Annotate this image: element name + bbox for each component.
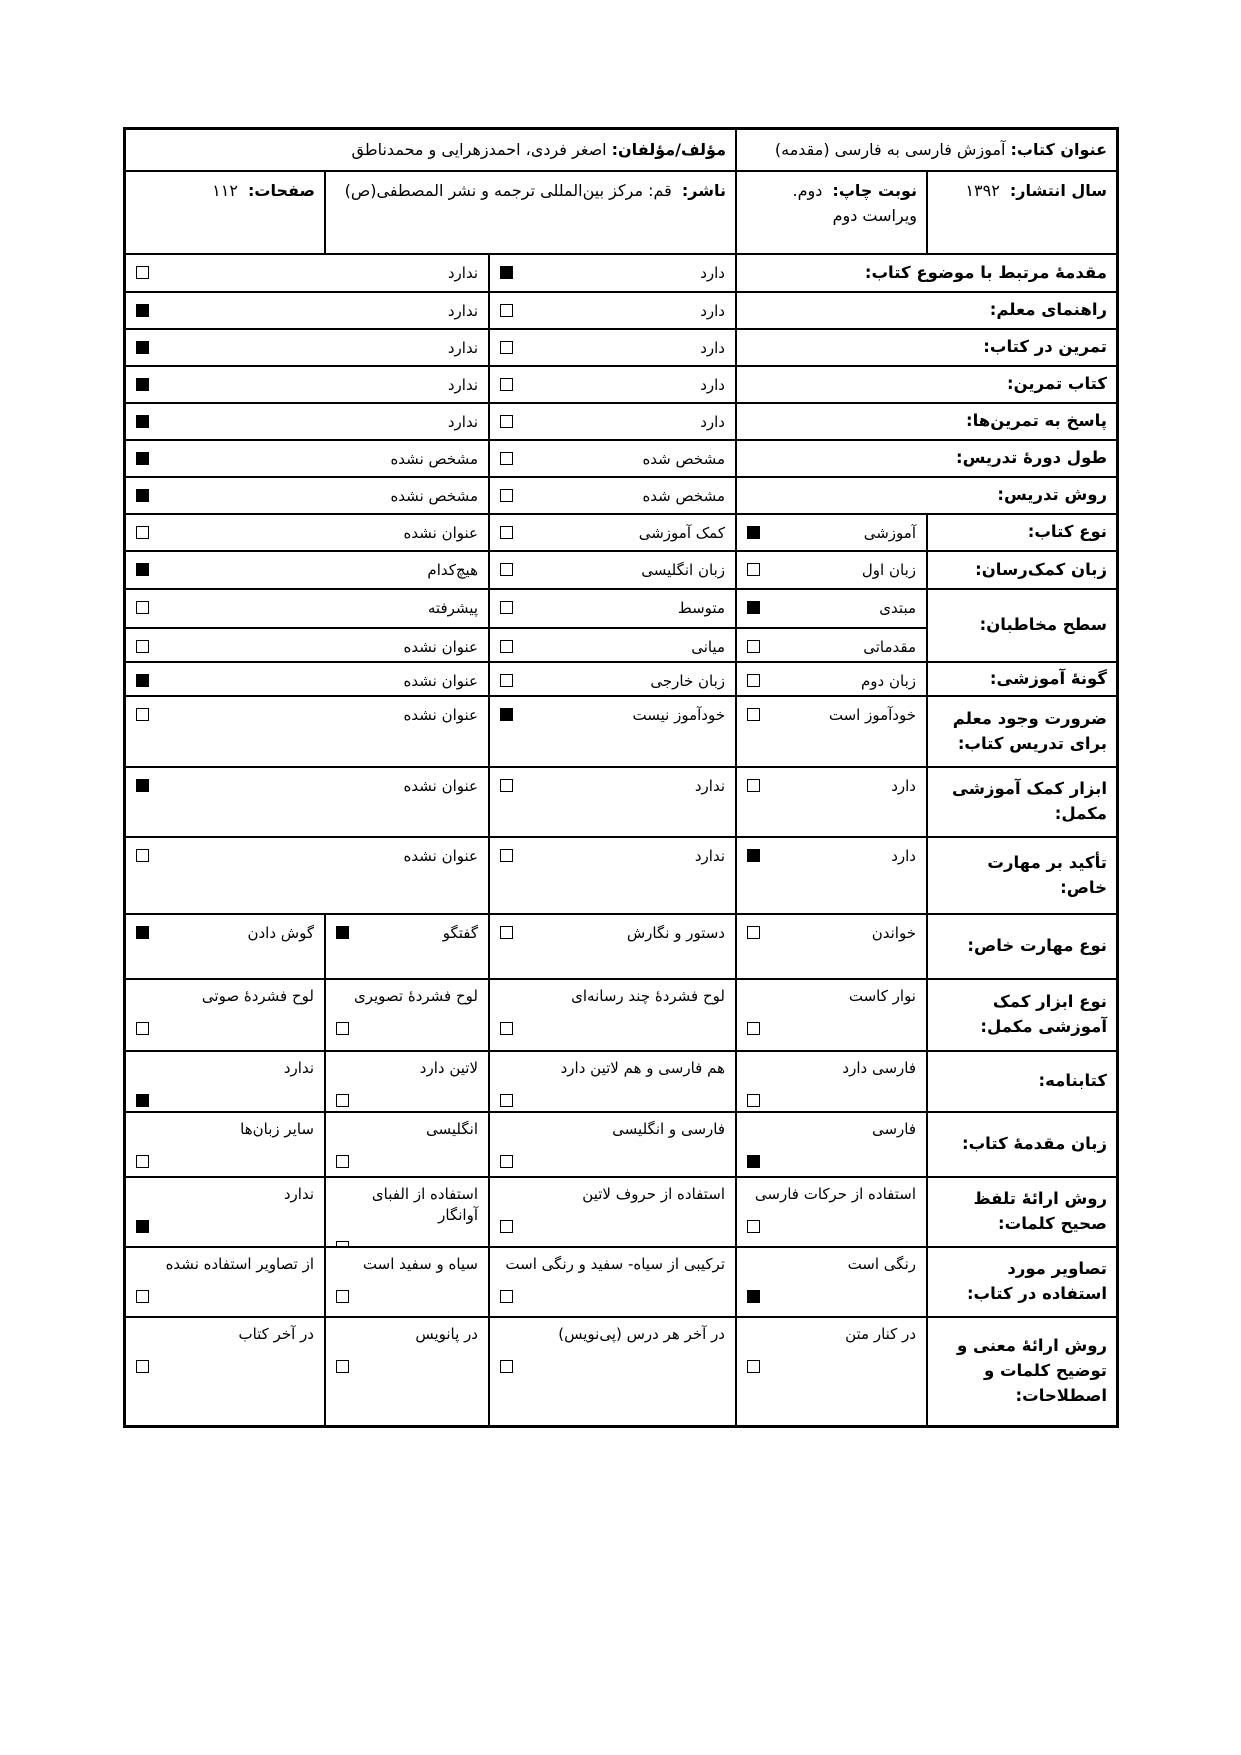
row-intro-related: مقدمهٔ مرتبط با موضوع کتاب: دارد ندارد [126, 253, 1116, 291]
option-label: دارد [700, 375, 725, 396]
checkbox-icon [136, 926, 149, 939]
option-cell: لوح فشردهٔ صوتی [126, 980, 324, 1050]
row-label: روش ارائهٔ معنی و توضیح کلمات و اصطلاحات… [926, 1318, 1116, 1425]
checkbox-icon [747, 849, 760, 862]
checkbox-icon [747, 674, 760, 687]
checkbox-icon [500, 1094, 513, 1107]
row-meaning-presentation: روش ارائهٔ معنی و توضیح کلمات و اصطلاحات… [126, 1316, 1116, 1425]
audience-level-options: مبتدی متوسط پیشرفته مقدماتی [126, 590, 926, 661]
row-label: ابزار کمک آموزشی مکمل: [926, 768, 1116, 836]
option-label: فارسی [747, 1119, 916, 1140]
book-title-label: عنوان کتاب: [1010, 138, 1107, 163]
option-label: عنوان نشده [404, 705, 478, 726]
option-cell: آموزشی [735, 515, 926, 550]
option-label: ندارد [448, 375, 478, 396]
option-label: از تصاویر استفاده نشده [136, 1254, 314, 1275]
row-bibliography: کتابنامه: فارسی دارد هم فارسی و هم لاتین… [126, 1050, 1116, 1111]
checkbox-icon [136, 563, 149, 576]
row-skill-emphasis: تأکید بر مهارت خاص: دارد ندارد عنوان نشد… [126, 836, 1116, 913]
option-label: در آخر هر درس (پی‌نویس) [500, 1324, 725, 1345]
author-label: مؤلف/مؤلفان: [612, 138, 726, 163]
checkbox-icon [500, 926, 513, 939]
option-cell: دارد [488, 330, 735, 365]
checkbox-icon [747, 926, 760, 939]
option-cell: خواندن [735, 915, 926, 978]
option-label: انگلیسی [336, 1119, 478, 1140]
option-cell: فارسی و انگلیسی [488, 1113, 735, 1176]
row-label: طول دورهٔ تدریس: [735, 441, 1116, 476]
option-label: خودآموز نیست [633, 705, 725, 726]
row-label: نوع کتاب: [926, 515, 1116, 550]
option-label: مشخص نشده [390, 449, 478, 470]
option-label: سایر زبان‌ها [136, 1119, 314, 1140]
option-label: لاتین دارد [336, 1058, 478, 1079]
row-answers: پاسخ به تمرین‌ها: دارد ندارد [126, 402, 1116, 439]
publish-year-value: ۱۳۹۲ [965, 181, 999, 200]
checkbox-icon [136, 708, 149, 721]
checkbox-icon [747, 708, 760, 721]
option-label: خواندن [872, 923, 916, 944]
checkbox-icon [500, 640, 513, 653]
row-label: راهنمای معلم: [735, 293, 1116, 328]
option-cell: انگلیسی [324, 1113, 488, 1176]
row-pronunciation-method: روش ارائهٔ تلفظ صحیح کلمات: استفاده از ح… [126, 1176, 1116, 1246]
checkbox-icon [136, 266, 149, 279]
row-helper-language: زبان کمک‌رسان: زبان اول زبان انگلیسی هیچ… [126, 550, 1116, 588]
option-cell: گفتگو [324, 915, 488, 978]
option-cell: ندارد [126, 1178, 324, 1246]
row-label: زبان کمک‌رسان: [926, 552, 1116, 588]
option-cell: سیاه و سفید است [324, 1248, 488, 1316]
checkbox-icon [747, 1360, 760, 1373]
checkbox-icon [336, 1290, 349, 1303]
checkbox-icon [136, 1220, 149, 1233]
pages-value: ۱۱۲ [212, 181, 238, 200]
option-label: دارد [700, 301, 725, 322]
option-cell: استفاده از حرکات فارسی [735, 1178, 926, 1246]
checkbox-icon [747, 1220, 760, 1233]
option-cell: ندارد [126, 330, 488, 365]
book-title-value: آموزش فارسی به فارسی (مقدمه) [775, 138, 1006, 163]
option-cell: دستور و نگارش [488, 915, 735, 978]
option-cell: عنوان نشده [126, 629, 488, 661]
option-cell: ندارد [126, 293, 488, 328]
checkbox-icon [500, 563, 513, 576]
publisher-label: ناشر: [682, 181, 726, 200]
checkbox-icon [136, 489, 149, 502]
checkbox-icon [136, 1360, 149, 1373]
row-label: تأکید بر مهارت خاص: [926, 838, 1116, 913]
row-label: مقدمهٔ مرتبط با موضوع کتاب: [735, 255, 1116, 291]
row-skill-type: نوع مهارت خاص: خواندن دستور و نگارش گفتگ… [126, 913, 1116, 978]
header-row-publication: سال انتشار: ۱۳۹۲ نوبت چاپ: دوم. ویراست د… [126, 170, 1116, 253]
option-label: زبان خارجی [650, 671, 725, 692]
row-images-used: تصاویر مورد استفاده در کتاب: رنگی است تر… [126, 1246, 1116, 1316]
row-label: روش تدریس: [735, 478, 1116, 513]
checkbox-icon [336, 1022, 349, 1035]
checkbox-icon [500, 849, 513, 862]
row-label: کتاب تمرین: [735, 367, 1116, 402]
option-cell: دارد [488, 293, 735, 328]
row-intro-language: زبان مقدمهٔ کتاب: فارسی فارسی و انگلیسی … [126, 1111, 1116, 1176]
option-label: هم فارسی و هم لاتین دارد [500, 1058, 725, 1079]
checkbox-icon [747, 640, 760, 653]
option-label: ندارد [448, 263, 478, 284]
option-cell: استفاده از حروف لاتین [488, 1178, 735, 1246]
option-label: استفاده از حرکات فارسی [747, 1184, 916, 1205]
option-label: در کنار متن [747, 1324, 916, 1345]
checkbox-icon [500, 304, 513, 317]
row-teacher-necessity: ضرورت وجود معلم برای تدریس کتاب: خودآموز… [126, 695, 1116, 766]
option-cell: در آخر هر درس (پی‌نویس) [488, 1318, 735, 1425]
option-label: رنگی است [747, 1254, 916, 1275]
option-cell: عنوان نشده [126, 697, 488, 766]
option-cell: زبان خارجی [488, 663, 735, 695]
audience-level-subrow: مبتدی متوسط پیشرفته [126, 590, 926, 627]
option-label: دارد [700, 263, 725, 284]
option-cell: مشخص شده [488, 478, 735, 513]
option-label: خودآموز است [829, 705, 916, 726]
publish-year-label: سال انتشار: [1010, 181, 1107, 200]
option-cell: پیشرفته [126, 590, 488, 627]
option-cell: عنوان نشده [126, 663, 488, 695]
option-label: دارد [700, 412, 725, 433]
option-label: دارد [700, 338, 725, 359]
option-label: ندارد [448, 338, 478, 359]
option-label: مبتدی [879, 598, 916, 619]
option-label: عنوان نشده [404, 523, 478, 544]
option-label: میانی [691, 637, 725, 658]
option-label: آموزشی [864, 523, 916, 544]
option-label: مشخص شده [642, 449, 725, 470]
option-label: گوش دادن [247, 923, 314, 944]
option-label: زبان اول [862, 560, 916, 581]
checkbox-icon [136, 452, 149, 465]
row-label: سطح مخاطبان: [926, 590, 1116, 661]
option-cell: در کنار متن [735, 1318, 926, 1425]
option-cell: ندارد [126, 404, 488, 439]
checkbox-icon [136, 1094, 149, 1107]
checkbox-icon [747, 1022, 760, 1035]
checkbox-icon [500, 341, 513, 354]
checkbox-icon [500, 452, 513, 465]
checkbox-icon [500, 601, 513, 614]
checkbox-icon [747, 563, 760, 576]
option-label: ندارد [448, 412, 478, 433]
option-cell: مبتدی [735, 590, 926, 627]
row-label: گونهٔ آموزشی: [926, 663, 1116, 695]
publisher-value: قم: مرکز بین‌المللی ترجمه و نشر المصطفی(… [345, 181, 672, 200]
option-cell: مشخص نشده [126, 478, 488, 513]
option-label: گفتگو [443, 923, 478, 944]
header-row-title: عنوان کتاب: آموزش فارسی به فارسی (مقدمه)… [126, 130, 1116, 170]
option-label: لوح فشردهٔ تصویری [336, 986, 478, 1007]
option-label: متوسط [678, 598, 725, 619]
option-cell: عنوان نشده [126, 838, 488, 913]
option-cell: دارد [735, 768, 926, 836]
option-label: ندارد [136, 1058, 314, 1079]
option-cell: دارد [488, 404, 735, 439]
checkbox-icon [136, 1155, 149, 1168]
checkbox-icon [500, 489, 513, 502]
document-page: عنوان کتاب: آموزش فارسی به فارسی (مقدمه)… [0, 0, 1241, 1755]
option-label: دارد [891, 776, 916, 797]
option-label: استفاده از الفبای آوانگار [336, 1184, 478, 1226]
option-cell: ترکیبی از سیاه- سفید و رنگی است [488, 1248, 735, 1316]
checkbox-icon [747, 526, 760, 539]
checkbox-icon [336, 1094, 349, 1107]
row-book-type: نوع کتاب: آموزشی کمک آموزشی عنوان نشده [126, 513, 1116, 550]
option-cell: لوح فشردهٔ تصویری [324, 980, 488, 1050]
checkbox-icon [747, 1094, 760, 1107]
option-label: عنوان نشده [404, 846, 478, 867]
checkbox-icon [500, 378, 513, 391]
row-label: زبان مقدمهٔ کتاب: [926, 1113, 1116, 1176]
option-cell: عنوان نشده [126, 515, 488, 550]
option-label: مشخص شده [642, 486, 725, 507]
checkbox-icon [747, 1290, 760, 1303]
row-teaching-method: روش تدریس: مشخص شده مشخص نشده [126, 476, 1116, 513]
option-cell: میانی [488, 629, 735, 661]
row-supplementary-tool-type: نوع ابزار کمک آموزشی مکمل: نوار کاست لوح… [126, 978, 1116, 1050]
checkbox-icon [136, 779, 149, 792]
row-label: تمرین در کتاب: [735, 330, 1116, 365]
option-cell: ندارد [126, 255, 488, 291]
audience-level-subrow: مقدماتی میانی عنوان نشده [126, 627, 926, 661]
checkbox-icon [500, 266, 513, 279]
option-label: عنوان نشده [404, 671, 478, 692]
option-cell: فارسی [735, 1113, 926, 1176]
option-label: استفاده از حروف لاتین [500, 1184, 725, 1205]
option-cell: از تصاویر استفاده نشده [126, 1248, 324, 1316]
row-exercise-book: کتاب تمرین: دارد ندارد [126, 365, 1116, 402]
option-cell: گوش دادن [126, 915, 324, 978]
checkbox-icon [747, 1155, 760, 1168]
option-cell: عنوان نشده [126, 768, 488, 836]
checkbox-icon [136, 674, 149, 687]
checkbox-icon [136, 378, 149, 391]
checkbox-icon [336, 926, 349, 939]
pages-cell: صفحات: ۱۱۲ [126, 172, 324, 253]
option-cell: نوار کاست [735, 980, 926, 1050]
option-cell: زبان دوم [735, 663, 926, 695]
checkbox-icon [336, 1241, 349, 1246]
option-label: مقدماتی [863, 637, 916, 658]
option-label: عنوان نشده [404, 776, 478, 797]
option-label: لوح فشردهٔ چند رسانه‌ای [500, 986, 725, 1007]
option-label: هیچ‌کدام [427, 560, 478, 581]
checkbox-icon [500, 708, 513, 721]
option-cell: فارسی دارد [735, 1052, 926, 1111]
option-label: نوار کاست [747, 986, 916, 1007]
option-cell: زبان انگلیسی [488, 552, 735, 588]
option-label: در پانویس [336, 1324, 478, 1345]
checkbox-icon [500, 779, 513, 792]
checkbox-icon [136, 526, 149, 539]
row-label: نوع ابزار کمک آموزشی مکمل: [926, 980, 1116, 1050]
edition-note: ویراست دوم [746, 204, 917, 229]
option-cell: کمک آموزشی [488, 515, 735, 550]
option-label: ندارد [695, 776, 725, 797]
option-cell: دارد [488, 255, 735, 291]
option-label: عنوان نشده [404, 637, 478, 658]
pages-label: صفحات: [248, 181, 315, 200]
checkbox-icon [136, 1022, 149, 1035]
checkbox-icon [136, 415, 149, 428]
checkbox-icon [136, 1290, 149, 1303]
option-cell: سایر زبان‌ها [126, 1113, 324, 1176]
row-label: تصاویر مورد استفاده در کتاب: [926, 1248, 1116, 1316]
option-cell: لوح فشردهٔ چند رسانه‌ای [488, 980, 735, 1050]
option-cell: متوسط [488, 590, 735, 627]
option-cell: هیچ‌کدام [126, 552, 488, 588]
option-cell: مقدماتی [735, 629, 926, 661]
edition-label: نوبت چاپ: [832, 181, 917, 200]
option-cell: مشخص نشده [126, 441, 488, 476]
checkbox-icon [136, 304, 149, 317]
checkbox-icon [500, 1290, 513, 1303]
option-label: فارسی و انگلیسی [500, 1119, 725, 1140]
option-label: مشخص نشده [390, 486, 478, 507]
option-cell: ندارد [488, 768, 735, 836]
checkbox-icon [136, 601, 149, 614]
option-label: ندارد [695, 846, 725, 867]
row-label: روش ارائهٔ تلفظ صحیح کلمات: [926, 1178, 1116, 1246]
checkbox-icon [136, 849, 149, 862]
author-cell: مؤلف/مؤلفان: اصغر فردی، احمدزهرایی و محم… [126, 130, 735, 170]
checkbox-icon [500, 415, 513, 428]
checkbox-icon [500, 1022, 513, 1035]
checkbox-icon [136, 640, 149, 653]
option-label: زبان دوم [861, 671, 916, 692]
option-cell: دارد [488, 367, 735, 402]
publisher-cell: ناشر: قم: مرکز بین‌المللی ترجمه و نشر ال… [324, 172, 735, 253]
option-label: سیاه و سفید است [336, 1254, 478, 1275]
option-label: پیشرفته [428, 598, 478, 619]
option-cell: خودآموز است [735, 697, 926, 766]
option-cell: ندارد [488, 838, 735, 913]
book-evaluation-table: عنوان کتاب: آموزش فارسی به فارسی (مقدمه)… [123, 127, 1119, 1428]
row-audience-level: سطح مخاطبان: مبتدی متوسط پیشرفته [126, 588, 1116, 661]
option-cell: دارد [735, 838, 926, 913]
option-label: لوح فشردهٔ صوتی [136, 986, 314, 1007]
option-label: فارسی دارد [747, 1058, 916, 1079]
row-label: کتابنامه: [926, 1052, 1116, 1111]
book-title-cell: عنوان کتاب: آموزش فارسی به فارسی (مقدمه) [735, 130, 1116, 170]
option-cell: زبان اول [735, 552, 926, 588]
option-cell: خودآموز نیست [488, 697, 735, 766]
checkbox-icon [747, 779, 760, 792]
option-label: دستور و نگارش [627, 923, 725, 944]
option-cell: استفاده از الفبای آوانگار [324, 1178, 488, 1246]
row-teacher-guide: راهنمای معلم: دارد ندارد [126, 291, 1116, 328]
option-label: ندارد [448, 301, 478, 322]
checkbox-icon [747, 601, 760, 614]
row-course-length: طول دورهٔ تدریس: مشخص شده مشخص نشده [126, 439, 1116, 476]
option-label: ترکیبی از سیاه- سفید و رنگی است [500, 1254, 725, 1275]
row-supplementary-tools: ابزار کمک آموزشی مکمل: دارد ندارد عنوان … [126, 766, 1116, 836]
checkbox-icon [336, 1360, 349, 1373]
author-value: اصغر فردی، احمدزهرایی و محمدناطق [352, 138, 607, 163]
row-label: نوع مهارت خاص: [926, 915, 1116, 978]
checkbox-icon [500, 1220, 513, 1233]
row-exercises-in-book: تمرین در کتاب: دارد ندارد [126, 328, 1116, 365]
row-label: پاسخ به تمرین‌ها: [735, 404, 1116, 439]
checkbox-icon [500, 526, 513, 539]
option-cell: هم فارسی و هم لاتین دارد [488, 1052, 735, 1111]
row-label: ضرورت وجود معلم برای تدریس کتاب: [926, 697, 1116, 766]
option-cell: مشخص شده [488, 441, 735, 476]
option-cell: در آخر کتاب [126, 1318, 324, 1425]
option-cell: در پانویس [324, 1318, 488, 1425]
option-label: دارد [891, 846, 916, 867]
option-label: زبان انگلیسی [641, 560, 725, 581]
checkbox-icon [336, 1155, 349, 1168]
option-cell: لاتین دارد [324, 1052, 488, 1111]
checkbox-icon [500, 1155, 513, 1168]
option-cell: ندارد [126, 1052, 324, 1111]
checkbox-icon [136, 341, 149, 354]
edition-cell: نوبت چاپ: دوم. ویراست دوم [735, 172, 926, 253]
edition-value: دوم. [792, 181, 822, 200]
option-label: در آخر کتاب [136, 1324, 314, 1345]
option-label: ندارد [136, 1184, 314, 1205]
option-label: کمک آموزشی [639, 523, 725, 544]
checkbox-icon [500, 1360, 513, 1373]
checkbox-icon [500, 674, 513, 687]
publish-year-cell: سال انتشار: ۱۳۹۲ [926, 172, 1116, 253]
row-educational-variety: گونهٔ آموزشی: زبان دوم زبان خارجی عنوان … [126, 661, 1116, 695]
option-cell: رنگی است [735, 1248, 926, 1316]
option-cell: ندارد [126, 367, 488, 402]
